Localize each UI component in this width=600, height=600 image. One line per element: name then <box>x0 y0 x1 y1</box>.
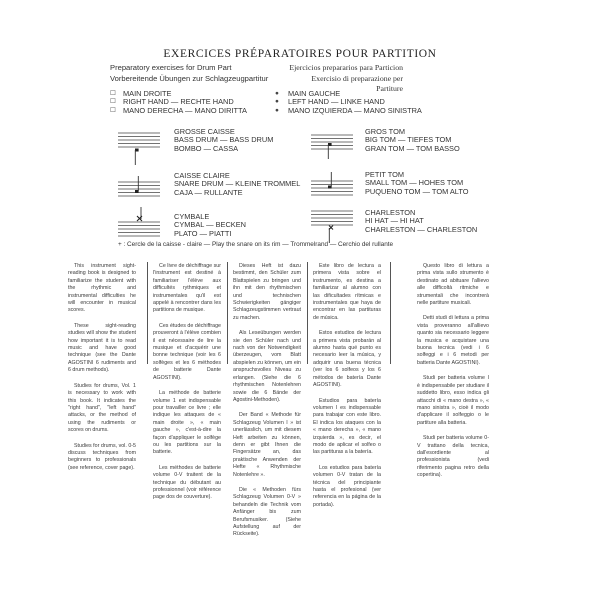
column-divider <box>227 262 228 364</box>
paragraph: This instrument sight-reading book is de… <box>68 263 136 315</box>
column-german: Dieses Heft ist dazu bestimmt, den Schül… <box>233 263 301 547</box>
snare-drum-notation-icon <box>118 170 160 208</box>
column-spanish: Este libro de lectura a primera vista so… <box>313 263 381 517</box>
subtitles-left: Preparatory exercises for Drum Part Vorb… <box>110 63 268 84</box>
column-english: This instrument sight-reading book is de… <box>68 263 136 480</box>
paragraph: Los estudios para batería volumen 0-V tr… <box>313 465 381 509</box>
instrument-cymbal: CYMBALECYMBAL — BECKENPLATO — PIATTI <box>118 205 246 243</box>
instrument-small-tom: PETIT TOMSMALL TOM — HOHES TOMPUQUENO TO… <box>311 169 469 207</box>
cymbal-notation-icon <box>118 205 160 243</box>
page-title: EXERCICES PRÉPARATOIRES POUR PARTITION <box>0 48 600 60</box>
small-tom-notation-icon <box>311 169 353 207</box>
paragraph: Detti studi di lettura a prima vista pro… <box>417 315 489 367</box>
paragraph: Studies for drums, vol. 0-5 discuss tech… <box>68 443 136 473</box>
paragraph: Der Band « Methode für Schlagzeug Volume… <box>233 412 301 479</box>
left-hand-legend: ●MAIN GAUCHE ●LEFT HAND — LINKE HAND ●MA… <box>275 90 422 115</box>
subtitle-spanish: Ejercicios prepararios para Particion <box>285 63 403 74</box>
square-outline-icon: ☐ <box>110 107 123 115</box>
paragraph: Questo libro di lettura a prima vista su… <box>417 263 489 307</box>
column-italian: Questo libro di lettura a prima vista su… <box>417 263 489 488</box>
square-outline-icon: ☐ <box>110 98 123 106</box>
instrument-name: PLATO — PIATTI <box>174 230 246 238</box>
legend-text: MANO IZQUIERDA — MANO SINISTRA <box>288 107 422 115</box>
instrument-name: PUQUENO TOM — TOM ALTO <box>365 188 469 196</box>
paragraph: These sight-reading studies will show th… <box>68 323 136 375</box>
instrument-name: CHARLESTON — CHARLESTON <box>365 226 477 234</box>
instrument-name: BOMBO — CASSA <box>174 145 273 153</box>
column-divider <box>147 262 148 364</box>
paragraph: Als Leseübungen werden sie den Schüler n… <box>233 330 301 404</box>
right-hand-legend: ☐MAIN DROITE ☐RIGHT HAND — RECHTE HAND ☐… <box>110 90 247 115</box>
paragraph: Studi per batteria volume 0-V trattano d… <box>417 435 489 479</box>
instrument-name: CAJA — RULLANTE <box>174 189 300 197</box>
bass-drum-notation-icon <box>118 130 160 168</box>
column-divider <box>307 262 308 364</box>
dot-icon: ● <box>275 90 288 98</box>
paragraph: Dieses Heft ist dazu bestimmt, den Schül… <box>233 263 301 322</box>
paragraph: Ces études de déchiffrage prouveront à l… <box>153 323 221 382</box>
paragraph: Estos estudios de lectura a primera vist… <box>313 330 381 389</box>
floor-tom-notation-icon <box>311 132 353 170</box>
column-french: Ce livre de déchiffrage sur l'instrument… <box>153 263 221 510</box>
paragraph: Studies for drums, Vol. 1 is necessary t… <box>68 383 136 435</box>
paragraph: La méthode de batterie volume 1 est indi… <box>153 390 221 457</box>
instrument-snare-drum: CAISSE CLAIRESNARE DRUM — KLEINE TROMMEL… <box>118 170 300 208</box>
paragraph: Ce livre de déchiffrage sur l'instrument… <box>153 263 221 315</box>
paragraph: Les méthodes de batterie volume 0-V trai… <box>153 465 221 502</box>
column-divider <box>390 262 391 364</box>
legend-text: MANO DERECHA — MANO DIRITTA <box>123 107 247 115</box>
subtitle-german: Vorbereitende Übungen zur Schlagzeugpart… <box>110 74 268 85</box>
subtitle-english: Preparatory exercises for Drum Part <box>110 63 268 74</box>
paragraph: Studi per batteria volume I è indispensa… <box>417 375 489 427</box>
paragraph: Die « Methoden fürs Schlagzeug Volumen 0… <box>233 487 301 539</box>
dot-icon: ● <box>275 107 288 115</box>
instrument-name: GRAN TOM — TOM BASSO <box>365 145 460 153</box>
paragraph: Estudios para batería volumen I es indis… <box>313 398 381 457</box>
dot-icon: ● <box>275 98 288 106</box>
rim-note: + : Cercle de la caisse - claire — Play … <box>118 241 393 248</box>
paragraph: Este libro de lectura a primera vista so… <box>313 263 381 322</box>
instrument-floor-tom: GROS TOMBIG TOM — TIEFES TOMGRAN TOM — T… <box>311 132 460 170</box>
instrument-bass-drum: GROSSE CAISSEBASS DRUM — BASS DRUMBOMBO … <box>118 130 273 168</box>
